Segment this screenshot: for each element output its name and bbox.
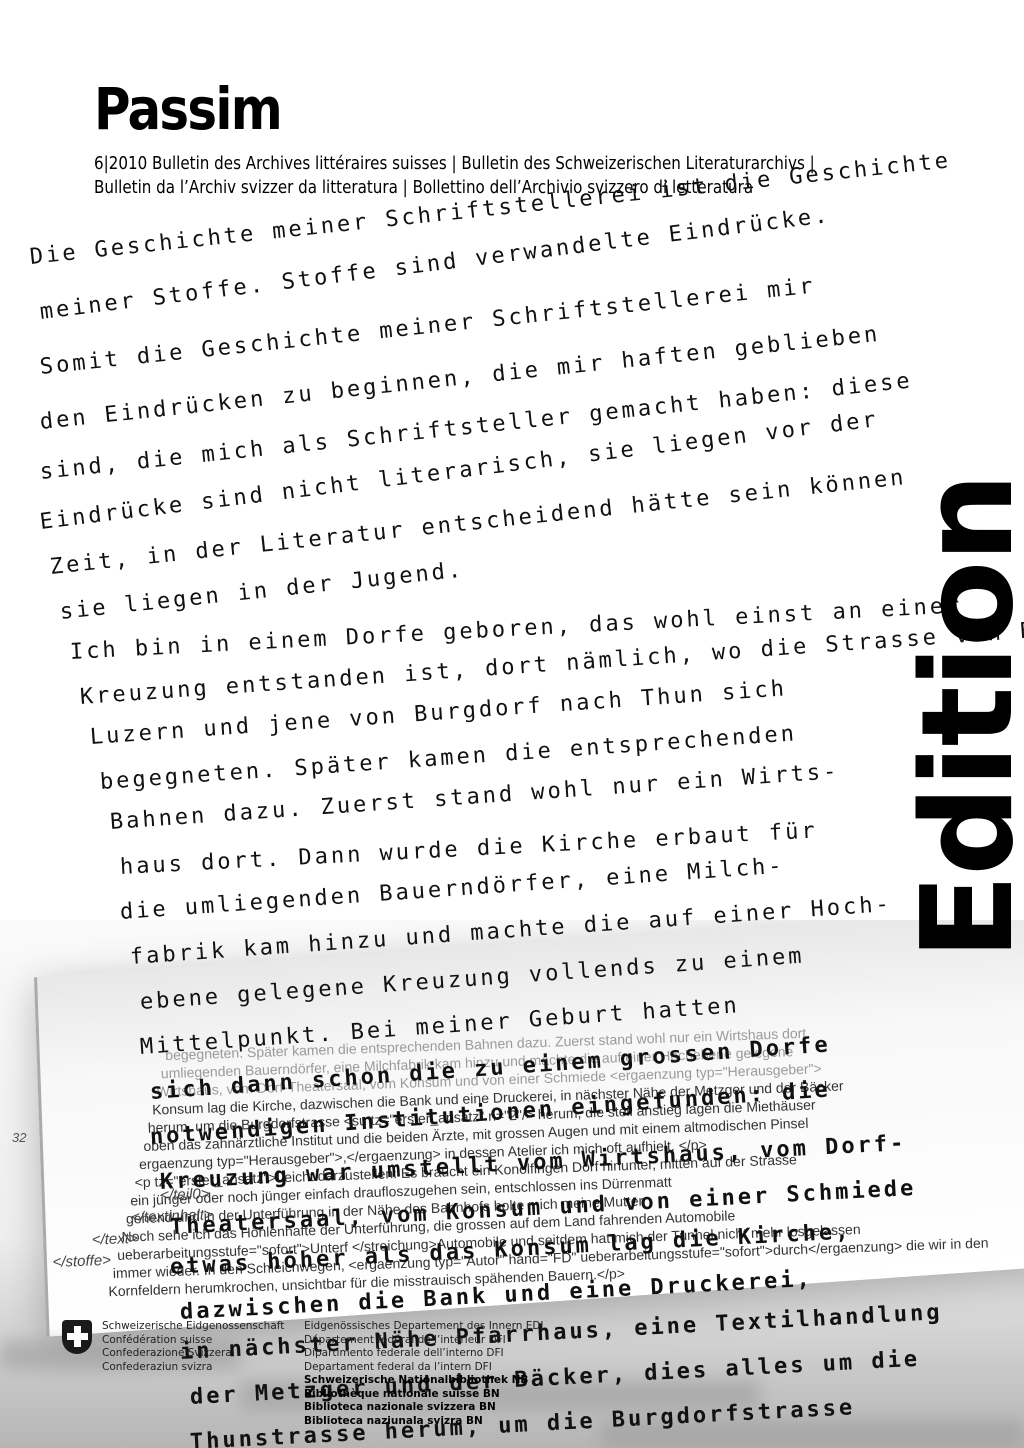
manuscript-line: Zeit, in der Literatur entscheidend hätt… — [49, 465, 908, 580]
library-rm: Biblioteca naziunala svizra BN — [304, 1415, 544, 1429]
section-label-edition: Edition — [905, 475, 1024, 960]
department-names: Eidgenössisches Departement des Innern E… — [304, 1320, 544, 1428]
department-de: Eidgenössisches Departement des Innern E… — [304, 1320, 544, 1334]
line-number: 32 — [12, 1130, 26, 1145]
department-fr: Département fédéral de l’intérieur DFI — [304, 1334, 544, 1348]
confederation-rm: Confederaziun svizra — [102, 1361, 284, 1375]
issue-subtitle-line-1: 6|2010 Bulletin des Archives littéraires… — [94, 152, 815, 176]
department-it: Dipartimento federale dell’interno DFI — [304, 1347, 544, 1361]
confederation-de: Schweizerische Eidgenossenschaft — [102, 1320, 284, 1334]
publication-title: Passim — [94, 74, 832, 144]
swiss-coat-of-arms-icon — [62, 1320, 92, 1354]
library-it: Biblioteca nazionale svizzera BN — [304, 1401, 544, 1415]
library-de: Schweizerische Nationalbibliothek NB — [304, 1374, 544, 1388]
confederation-names: Schweizerische Eidgenossenschaft Confédé… — [102, 1320, 284, 1374]
confederation-it: Confederazione Svizzera — [102, 1347, 284, 1361]
department-rm: Departament federal da l’intern DFI — [304, 1361, 544, 1375]
library-fr: Bibliothèque nationale suisse BN — [304, 1388, 544, 1402]
confederation-fr: Confédération suisse — [102, 1334, 284, 1348]
